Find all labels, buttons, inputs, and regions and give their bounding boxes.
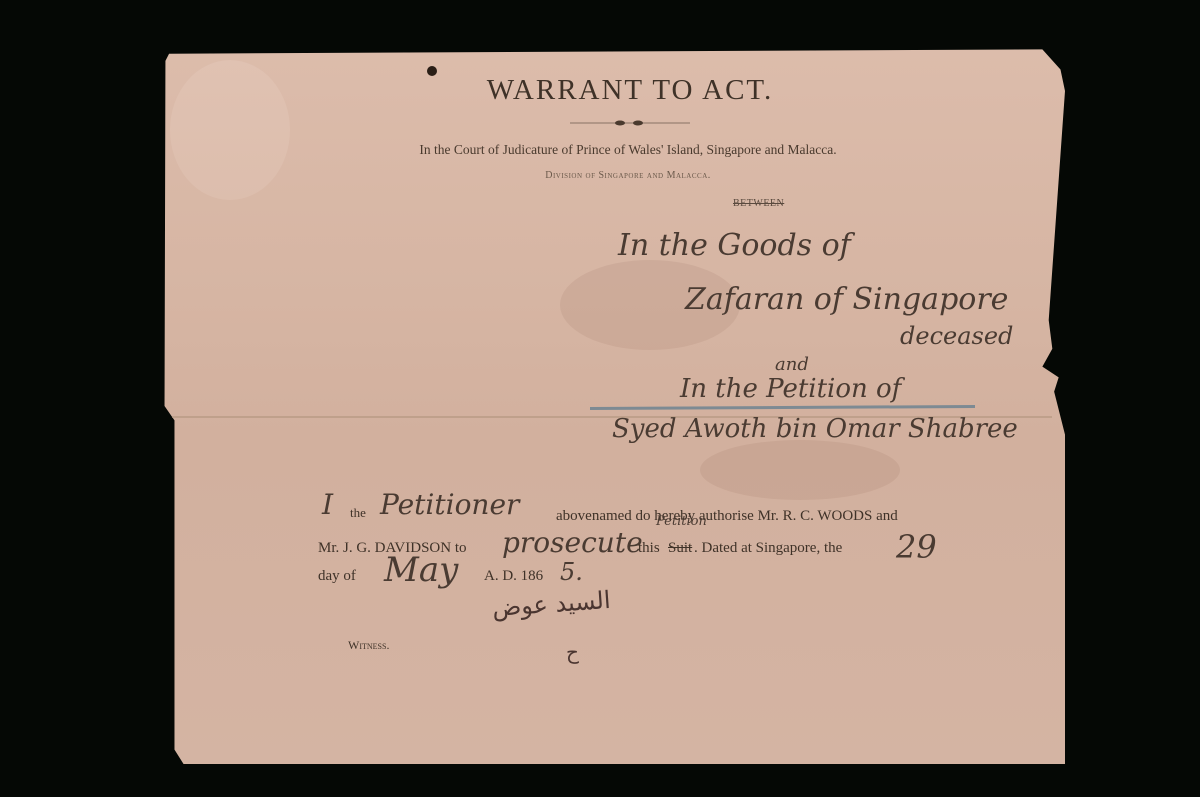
hw-petition-insert: Petition [656,514,707,529]
paper-stain [700,440,900,500]
text-this: this [638,540,660,557]
hw-caption-line1: In the Goods of [618,228,851,263]
hw-caption-line4: In the Petition of [680,374,901,404]
document-title: WARRANT TO ACT. [0,74,1200,107]
hw-caption-line2: Zafaran of Singapore [685,282,1008,317]
court-heading: In the Court of Judicature of Prince of … [0,142,1200,158]
hw-day: 29 [896,528,937,566]
text-suit-struck: Suit [668,540,692,557]
ornament-divider-icon [570,118,690,128]
hw-I: I [322,488,333,521]
division-heading: Division of Singapore and Malacca. [0,170,1200,181]
witness-label: Witness. [348,638,389,653]
hw-caption-line5: Syed Awoth bin Omar Shabree [612,414,1018,444]
between-struck: BETWEEN [733,198,784,209]
hw-petitioner: Petitioner [380,488,519,521]
hw-caption-line3: deceased [900,322,1013,350]
text-day-of: day of [318,568,356,585]
signature-mark: ح [566,640,579,665]
body-dated: . Dated at Singapore, the [694,540,842,557]
hw-month: May [384,550,458,590]
body-line1: abovenamed do hereby authorise Mr. R. C.… [556,508,898,525]
hw-prosecute: prosecute [502,526,643,559]
hw-caption-insertion: and [775,354,809,375]
text-the: the [350,505,366,521]
hw-year-digit: 5. [560,558,583,586]
text-ad: A. D. 186 [484,568,543,585]
